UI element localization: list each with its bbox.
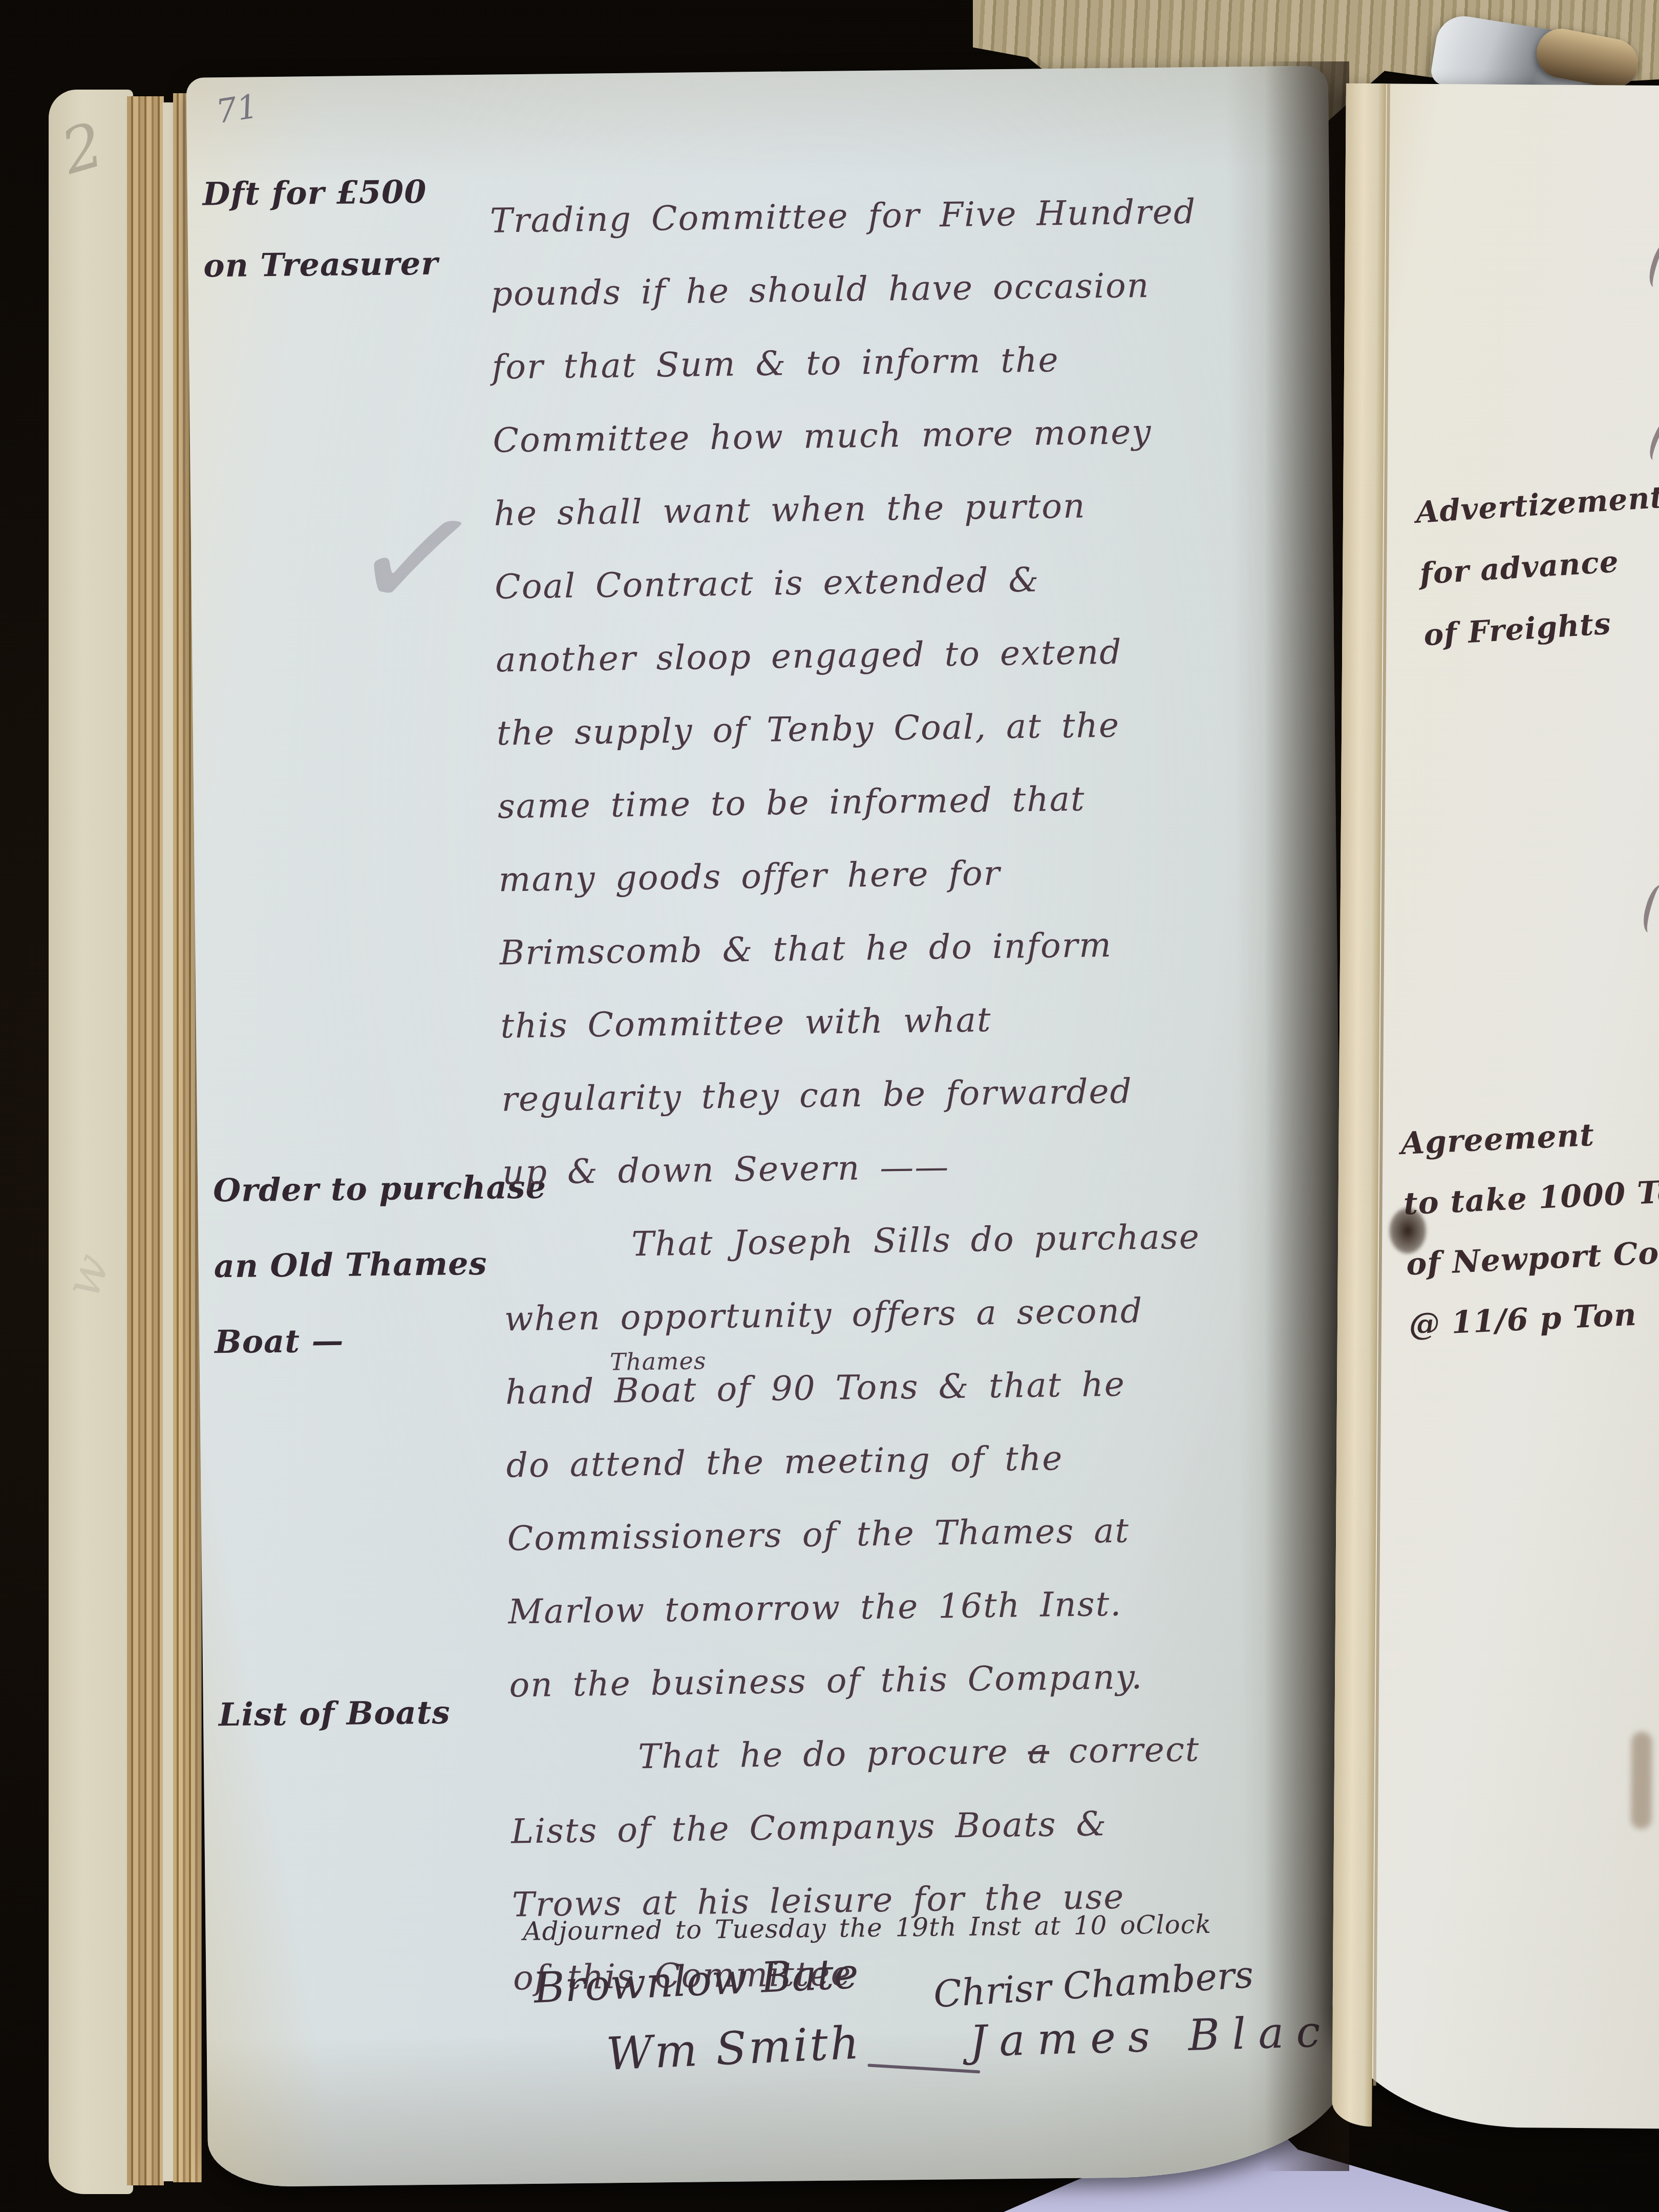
manuscript-line: for that Sum & to inform the [492,320,1312,404]
margin-note-line: Order to purchase [212,1150,521,1228]
margin-note-line: Dft for £500 [202,155,510,230]
manuscript-line: Brimscomb & that he do inform [499,906,1320,990]
manuscript-line: Trading Committee for Five Hundred [490,174,1310,258]
right-manuscript-page: Advertizement for advance of Freights Ag… [1332,83,1659,2129]
manuscript-line: same time to be informed that [497,759,1317,843]
margin-note-line: List of Boats [218,1676,526,1751]
margin-note-line: Agreement [1399,1099,1659,1174]
ghost-writing-mark: 2 [54,109,111,188]
signature-flourish-dash [867,2064,980,2073]
margin-note-line: Boat — [215,1301,523,1380]
margin-note-order-to-purchase: Order to purchase an Old Thames Boat — [212,1150,522,1380]
page-edge-stack [127,96,164,2185]
margin-note-list-of-boats: List of Boats [218,1676,526,1751]
manuscript-line: this Committee with what [500,979,1321,1063]
margin-note-line: an Old Thames [214,1225,522,1304]
manuscript-line: the supply of Tenby Coal, at the [496,686,1316,770]
manuscript-line: Committee how much more money [493,393,1313,477]
manuscript-line: pounds if he should have occasion [491,247,1311,331]
manuscript-line: he shall want when the purton [494,466,1314,550]
left-manuscript-page: 71 Dft for £500 on Treasurer Order to pu… [186,66,1350,2187]
manuscript-line: Marlow tomorrow the 16th Inst. [508,1565,1328,1649]
manuscript-line: up & down Severn —— [502,1125,1322,1209]
manuscript-line: many goods offer here for [498,833,1318,917]
manuscript-line: Commissioners of the Thames at [507,1492,1327,1576]
line-text: That he do procure [638,1732,1009,1776]
cutoff-writing-stroke [1640,883,1659,935]
ghost-writing-mark: w [53,1246,121,1305]
manuscript-line: That Joseph Sills do purchase [503,1199,1323,1283]
underlying-page-edge: 2 w [49,90,133,2194]
manuscript-line-with-insert: hand Boat of 90 Tons & that he Thames [505,1345,1325,1429]
manuscript-line: regularity they can be forwarded [501,1052,1321,1136]
ink-blot [1389,1207,1427,1254]
manuscript-line: another sloop engaged to extend [495,613,1315,697]
margin-note-draft-for-500: Dft for £500 on Treasurer [202,155,511,302]
struck-out-word: a [1028,1732,1049,1772]
page-number: 71 [214,88,261,131]
interlinear-insert: Thames [609,1324,707,1398]
page-edge-stack [163,102,174,2181]
line-text: correct [1069,1730,1200,1771]
pencil-check-mark: ✓ [339,460,495,657]
manuscript-line: Lists of the Companys Boats & [511,1784,1331,1868]
manuscript-line-with-strikeout: That he do procure a correct [509,1711,1330,1795]
signature-wm-smith: Wm Smith [605,2016,862,2080]
manuscript-line: do attend the meeting of the [506,1418,1326,1502]
margin-note-advertizement: Advertizement for advance of Freights [1414,466,1659,666]
margin-note-line: on Treasurer [203,227,511,302]
manuscript-line: on the business of this Company. [508,1638,1329,1722]
manuscript-line: Coal Contract is extended & [494,540,1314,624]
minutes-body-text: Trading Committee for Five Hundred pound… [490,174,1333,2015]
paper-stain [1631,1732,1652,1829]
cutoff-writing-stroke [1645,412,1659,464]
manuscript-photo-scene: 2 w 71 Dft for £500 on Treasurer Order t… [0,0,1659,2212]
margin-note-agreement-newport-coal: Agreement to take 1000 Tons of Newport C… [1399,1099,1659,1355]
cutoff-writing-stroke [1645,238,1659,290]
